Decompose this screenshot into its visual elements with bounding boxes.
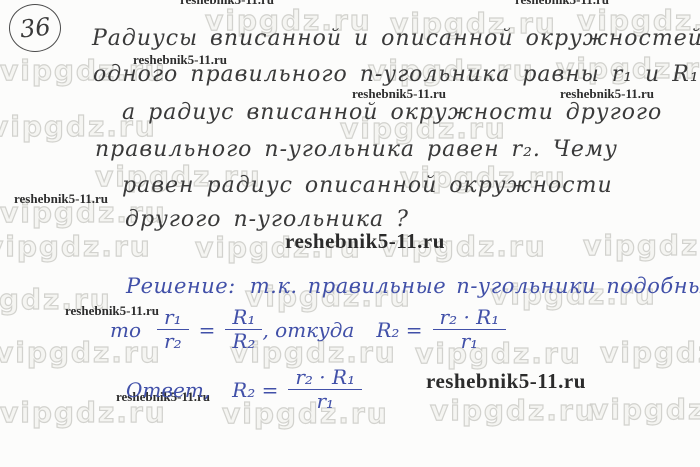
solution-heading: Решение: [126,274,236,298]
solution-formula-line: то r₁ r₂ = R₁ R₂ , откуда R₂ = r₂ · R₁ r… [110,306,506,353]
reshebnik-watermark-small: reshebnik5-11.ru [14,191,108,207]
formula-lhs: R₂ = [376,318,422,342]
fraction-result: r₂ · R₁ r₁ [433,306,507,353]
problem-number-circle: 36 [9,4,61,52]
problem-text-line: другого n-угольника ? [125,207,409,232]
formula-prefix: то [110,318,141,342]
equals-sign: = [199,318,216,342]
numerator: r₂ · R₁ [433,306,507,330]
problem-number: 36 [18,12,51,43]
problem-text-line: Радиусы вписанной и описанной окружносте… [92,26,700,51]
fraction-R1-over-R2: R₁ R₂ [225,306,262,353]
answer-label: Ответ, [126,378,210,402]
problem-text-line: правильного n-угольника равен r₂. Чему [95,137,618,162]
reshebnik-watermark-large: reshebnik5-11.ru [426,369,586,394]
denominator: r₁ [454,330,486,353]
formula-connector: , откуда [262,318,354,342]
vipgdz-watermark: vipgdz.ru [600,336,700,369]
reshebnik-watermark-small: reshebnik5-11.ru [515,0,609,8]
answer-lhs: R₂ = [232,378,278,402]
problem-text-line: а радиус вписанной окружности другого [122,100,662,125]
vipgdz-watermark: vipgdz.ru [0,230,152,263]
numerator: R₁ [225,306,262,330]
vipgdz-watermark: vipgdz.ru [430,394,597,427]
notebook-page: vipgdz.ruvipgdz.ruvipgdz.ruvipgdz.ruvipg… [0,0,700,467]
answer-fraction: r₂ · R₁ r₁ [288,366,362,413]
denominator: r₂ [157,330,189,353]
solution-heading-line: Решение:т.к. правильные n-угольники подо… [126,274,700,298]
denominator: R₂ [225,330,262,353]
numerator: r₂ · R₁ [288,366,362,390]
problem-text-line: одного правильного n-угольника равны r₁ … [93,62,700,87]
vipgdz-watermark: vipgdz.ru [583,229,700,262]
fraction-r1-over-r2: r₁ r₂ [157,306,189,353]
answer-line: Ответ, R₂ = r₂ · R₁ r₁ [126,366,362,413]
numerator: r₁ [157,306,189,330]
problem-text-line: равен радиус описанной окружности [122,173,613,198]
denominator: r₁ [309,390,341,413]
solution-reasoning: т.к. правильные n-угольники подобны [250,274,700,298]
reshebnik-watermark-large: reshebnik5-11.ru [285,229,445,254]
reshebnik-watermark-small: reshebnik5-11.ru [180,0,274,8]
vipgdz-watermark: vipgdz.ru [590,393,700,426]
